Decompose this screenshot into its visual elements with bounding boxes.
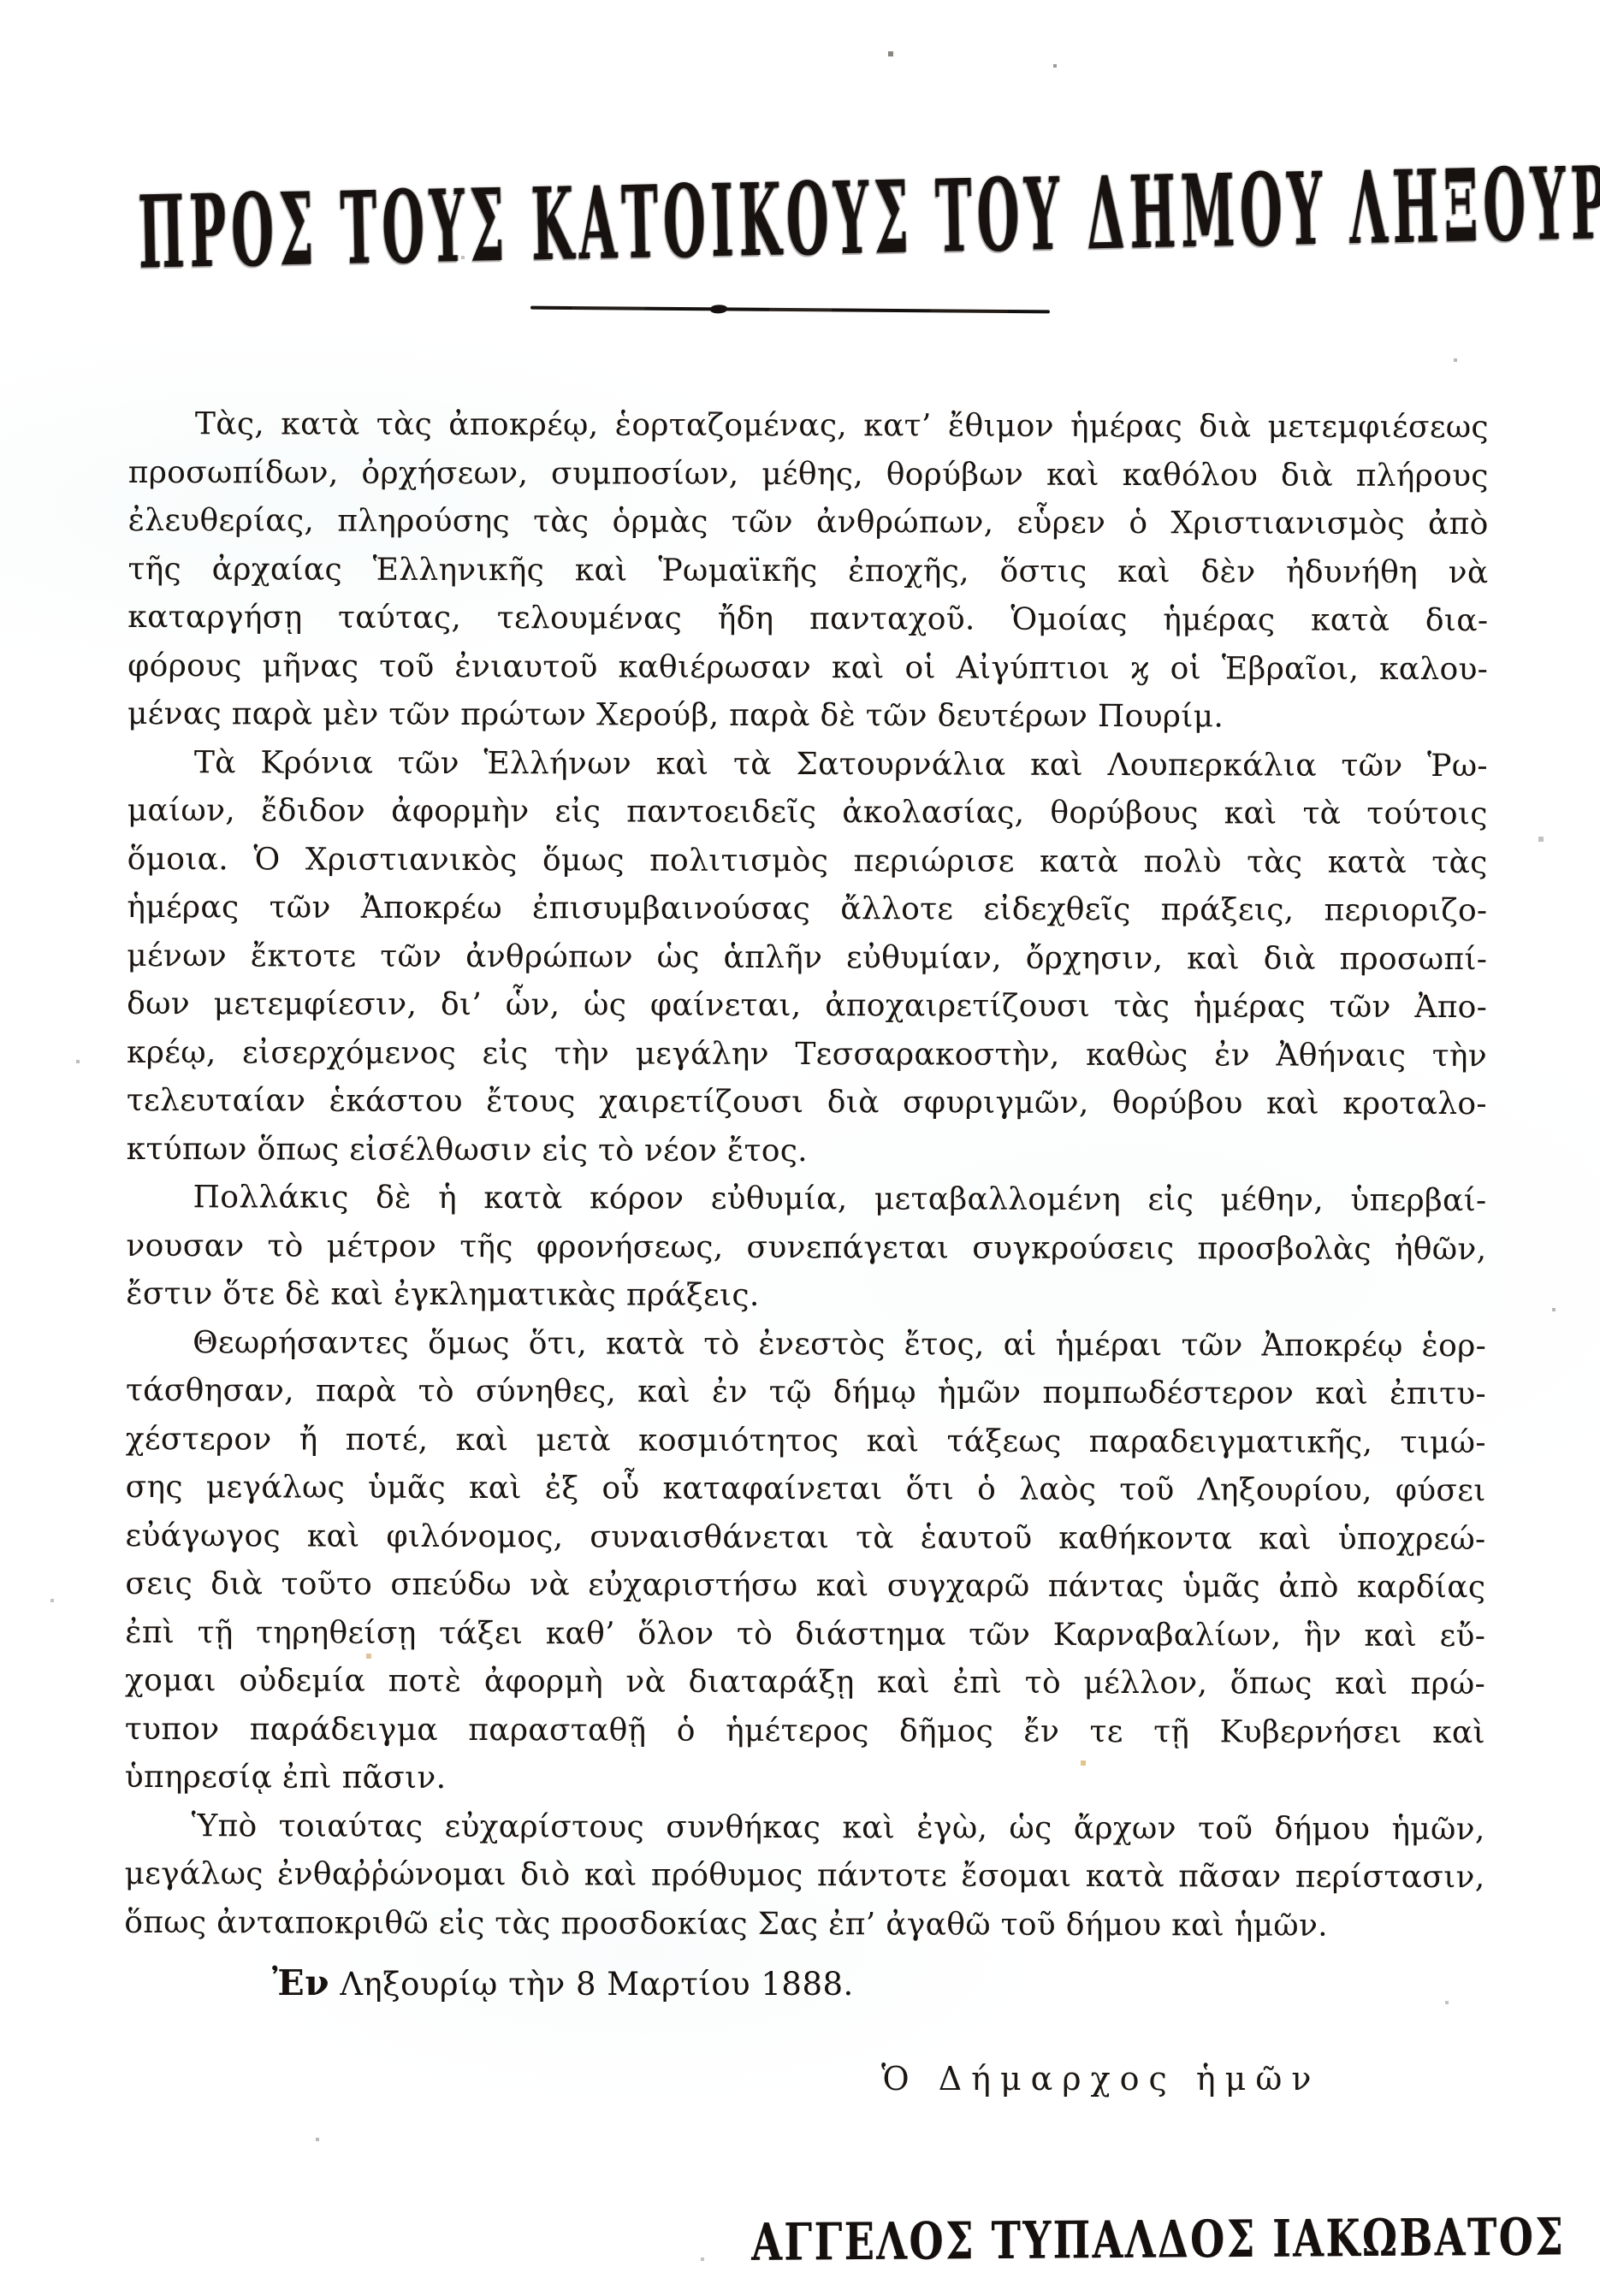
text-line: ὑπηρεσίᾳ ἐπὶ πᾶσιν.	[125, 1754, 1485, 1806]
text-line: Πολλάκις δὲ ἡ κατὰ κόρον εὐθυμία, μεταβα…	[126, 1174, 1486, 1226]
paragraph: Θεωρήσαντες ὅμως ὅτι, κατὰ τὸ ἐνεστὸς ἔτ…	[125, 1318, 1486, 1805]
text-line: ἔστιν ὅτε δὲ καὶ ἐγκληματικὰς πράξεις.	[126, 1270, 1486, 1323]
text-line: εὐάγωγος καὶ φιλόνομος, συναισθάνεται τὰ…	[125, 1512, 1485, 1564]
text-line: σης μεγάλως ὑμᾶς καὶ ἐξ οὗ καταφαίνεται …	[126, 1464, 1486, 1516]
text-line: μεγάλως ἐνθαῤῥώνομαι διὸ καὶ πρόθυμος πά…	[124, 1850, 1484, 1902]
decorative-rule	[530, 306, 1050, 314]
body-text: Τὰς, κατὰ τὰς ἀποκρέῳ, ἑορταζομένας, κατ…	[124, 400, 1489, 1950]
paragraph: Ὑπὸ τοιαύτας εὐχαρίστους συνθήκας καὶ ἐγ…	[124, 1802, 1484, 1950]
text-line: ἐπὶ τῇ τηρηθείσῃ τάξει καθ’ ὅλον τὸ διάσ…	[125, 1608, 1485, 1660]
text-line: κτύπων ὅπως εἰσέλθωσιν εἰς τὸ νέον ἔτος.	[127, 1125, 1487, 1177]
text-line: Θεωρήσαντες ὅμως ὅτι, κατὰ τὸ ἐνεστὸς ἔτ…	[126, 1318, 1486, 1370]
text-line: κρέῳ, εἰσερχόμενος εἰς τὴν μεγάλην Τεσσα…	[127, 1028, 1487, 1080]
text-line: τῆς ἀρχαίας Ἑλληνικῆς καὶ Ῥωμαϊκῆς ἐποχῆ…	[127, 545, 1488, 597]
text-line: μένων ἔκτοτε τῶν ἀνθρώπων ὡς ἁπλῆν εὐθυμ…	[127, 932, 1487, 984]
text-line: χέστερον ἤ ποτέ, καὶ μετὰ κοσμιότητος κα…	[126, 1415, 1486, 1467]
text-line: Τὰς, κατὰ τὰς ἀποκρέῳ, ἑορταζομένας, κατ…	[128, 400, 1489, 453]
text-line: σεις διὰ τοῦτο σπεύδω νὰ εὐχαριστήσω καὶ…	[125, 1560, 1485, 1613]
signature-name: ΑΓΓΕΛΟΣ ΤΥΠΑΛΔΟΣ ΙΑΚΩΒΑΤΟΣ	[751, 2207, 1565, 2273]
text-line: Τὰ Κρόνια τῶν Ἑλλήνων καὶ τὰ Σατουρνάλια…	[127, 738, 1488, 790]
text-line: ἐλευθερίας, πληρούσης τὰς ὁρμὰς τῶν ἀνθρ…	[128, 497, 1489, 549]
text-line: φόρους μῆνας τοῦ ἐνιαυτοῦ καθιέρωσαν καὶ…	[127, 642, 1488, 694]
text-line: ἡμέρας τῶν Ἀποκρέω ἐπισυμβαινούσας ἄλλοτ…	[127, 884, 1487, 936]
paragraph: Πολλάκις δὲ ἡ κατὰ κόρον εὐθυμία, μεταβα…	[126, 1174, 1486, 1323]
text-line: χομαι οὐδεμία ποτὲ ἀφορμὴ νὰ διαταράξῃ κ…	[125, 1657, 1485, 1709]
text-line: δων μετεμφίεσιν, δι’ ὧν, ὡς φαίνεται, ἀπ…	[127, 980, 1487, 1033]
text-line: ὅπως ἀνταποκριθῶ εἰς τὰς προσδοκίας Σας …	[124, 1898, 1484, 1950]
text-line: καταργήσῃ ταύτας, τελουμένας ἤδη πανταχο…	[127, 594, 1488, 646]
text-line: τελευταίαν ἑκάστου ἔτους χαιρετίζουσι δι…	[127, 1077, 1487, 1129]
page-title: ΠΡΟΣ ΤΟΥΣ ΚΑΤΟΙΚΟΥΣ ΤΟΥ ΔΗΜΟΥ ΛΗΞΟΥΡΙΟΥ	[137, 147, 1499, 292]
text-line: μαίων, ἔδιδον ἀφορμὴν εἰς παντοειδεῖς ἀκ…	[127, 787, 1488, 839]
text-line: μένας παρὰ μὲν τῶν πρώτων Χερούβ, παρὰ δ…	[127, 690, 1488, 743]
text-line: νουσαν τὸ μέτρον τῆς φρονήσεως, συνεπάγε…	[126, 1222, 1486, 1274]
text-line: τάσθησαν, παρὰ τὸ σύνηθες, καὶ ἐν τῷ δήμ…	[126, 1367, 1486, 1419]
dateline: Ἐν Ληξουρίῳ τὴν 8 Μαρτίου 1888.	[272, 1962, 854, 2003]
dateline-rest: Ληξουρίῳ τὴν 8 Μαρτίου 1888.	[329, 1966, 854, 2003]
text-line: τυπον παράδειγμα παρασταθῇ ὁ ἡμέτερος δῆ…	[125, 1705, 1485, 1757]
text-line: ὅμοια. Ὁ Χριστιανικὸς ὅμως πολιτισμὸς πε…	[127, 835, 1488, 887]
signature-role: Ὁ Δήμαρχος ἡμῶν	[881, 2060, 1320, 2098]
paragraph: Τὰ Κρόνια τῶν Ἑλλήνων καὶ τὰ Σατουρνάλια…	[127, 738, 1488, 1177]
dateline-place-lead: Ἐν	[272, 1962, 329, 2003]
text-line: Ὑπὸ τοιαύτας εὐχαρίστους συνθήκας καὶ ἐγ…	[125, 1802, 1485, 1854]
paragraph: Τὰς, κατὰ τὰς ἀποκρέῳ, ἑορταζομένας, κατ…	[127, 400, 1489, 743]
text-line: προσωπίδων, ὀρχήσεων, συμποσίων, μέθης, …	[128, 448, 1489, 500]
scan-speckles	[0, 0, 2, 2]
scanned-proclamation-page: ΠΡΟΣ ΤΟΥΣ ΚΑΤΟΙΚΟΥΣ ΤΟΥ ΔΗΜΟΥ ΛΗΞΟΥΡΙΟΥ …	[0, 0, 1600, 2296]
